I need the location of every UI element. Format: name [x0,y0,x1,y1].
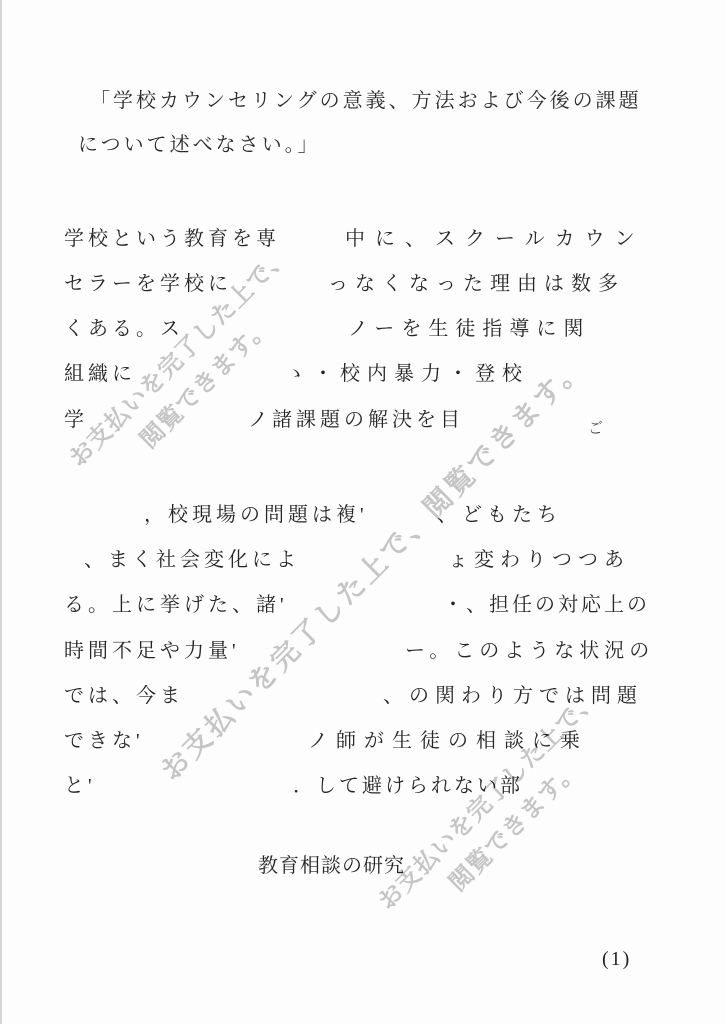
body-line-right: っなくなった理由は数多 [328,271,625,297]
body-line-left: くある。ス [64,316,184,342]
body-line-right: 、の関わり方では問題 [383,683,643,709]
body-line-right: ノ師が生徒の相談に乗 [308,728,588,754]
body-line-right: ノーを生徒指導に関 [348,316,590,342]
body-line-left: 組織に [64,361,136,387]
body-line-right: ．して避けられない部 [293,773,523,799]
body-line-left: 時間不足や力量' [64,638,240,664]
body-line-left: る。上に挙げた、諸' [64,592,288,618]
body-line-fragment: ご [588,416,603,442]
body-line-left: と' [64,773,96,799]
body-line-left: 学 [64,407,88,433]
watermark-line1: お支払いを完了した上で、 [370,681,608,919]
source-label: 教育相談の研究 [258,853,405,879]
page-number: (1) [602,946,631,972]
body-line-right: 、どもたち [437,502,562,528]
essay-title-line-2: について述べなさい。」 [78,132,321,158]
body-line-left: セラーを学校に [64,271,232,297]
body-line-left: 、まく社会変化によ [84,547,300,573]
body-line-right: ー。このような状況の [405,638,654,664]
body-line-left: できな' [64,728,144,754]
scan-edge-artifact [0,0,2,1024]
body-line-left: ，校現場の問題は複' [144,502,368,528]
body-line-right: ノ諸課題の解決を目 [248,407,464,433]
body-line-right: ・、担任の対応上の [443,592,650,618]
body-line-left: 学校という教育を専 [64,226,280,252]
watermark-stamp-bottom-right: お支払いを完了した上で、 閲覧できます。 [370,681,634,945]
body-line-left: では、今ま [64,683,184,709]
document-page: お支払いを完了した上で、 閲覧できます。 お支払いを完了した上で、閲覧できます。… [0,0,725,1024]
body-line-right: ゝ・校内暴力・登校 [286,361,529,387]
body-line-right: 中に、スクールカウン [345,226,645,252]
body-line-right: ょ変わりつつあ [448,547,630,573]
essay-title-line-1: 「学校カウンセリングの意義、方法および今後の課題 [90,88,642,114]
